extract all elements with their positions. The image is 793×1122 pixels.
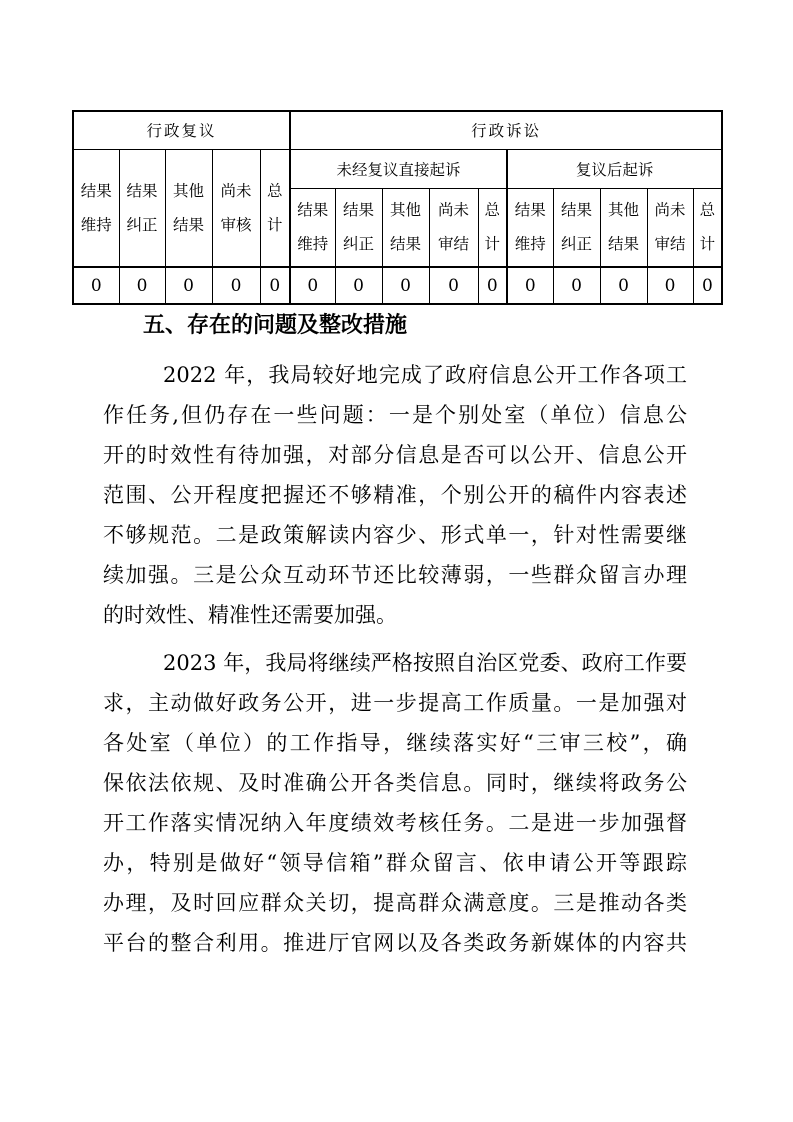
table-cell-value: 0 xyxy=(119,267,165,304)
text-line: 开的时效性有待加强，对部分信息是否可以公开、信息公开 xyxy=(103,435,687,475)
text-line: 开工作落实情况纳入年度绩效考核任务。二是进一步加强督 xyxy=(103,803,687,843)
text-line: 2023 年，我局将继续严格按照自治区党委、政府工作要 xyxy=(103,643,687,683)
text-line: 2022 年，我局较好地完成了政府信息公开工作各项工 xyxy=(103,355,687,395)
paragraph-2022-problems: 2022 年，我局较好地完成了政府信息公开工作各项工 作任务,但仍存在一些问题：… xyxy=(103,355,687,635)
table-header-administrative-litigation: 行政诉讼 xyxy=(290,111,722,149)
table-header-result-upheld: 结果 维持 xyxy=(290,188,335,267)
table-header-result-corrected: 结果 纠正 xyxy=(335,188,382,267)
text-line: 办理，及时回应群众关切，提高群众满意度。三是推动各类 xyxy=(103,883,687,923)
text-line: 求，主动做好政务公开，进一步提高工作质量。一是加强对 xyxy=(103,683,687,723)
table-header-other-result: 其他 结果 xyxy=(382,188,429,267)
paragraph-2023-measures: 2023 年，我局将继续严格按照自治区党委、政府工作要 求，主动做好政务公开，进… xyxy=(103,643,687,963)
table-cell-value: 0 xyxy=(647,267,693,304)
table-cell-value: 0 xyxy=(507,267,553,304)
table-header-total: 总 计 xyxy=(478,188,507,267)
text-line: 作任务,但仍存在一些问题：一是个别处室（单位）信息公 xyxy=(103,395,687,435)
table-header-administrative-review: 行政复议 xyxy=(73,111,290,149)
text-line: 的时效性、精准性还需要加强。 xyxy=(103,595,687,635)
text-line: 办，特别是做好“领导信箱”群众留言、依申请公开等跟踪 xyxy=(103,843,687,883)
table-cell-value: 0 xyxy=(693,267,722,304)
table-cell-value: 0 xyxy=(165,267,212,304)
table-cell-value: 0 xyxy=(429,267,478,304)
table-header-total: 总 计 xyxy=(693,188,722,267)
table-cell-value: 0 xyxy=(553,267,600,304)
text-line: 范围、公开程度把握还不够精准，个别公开的稿件内容表述 xyxy=(103,475,687,515)
text-line: 续加强。三是公众互动环节还比较薄弱，一些群众留言办理 xyxy=(103,555,687,595)
text-line: 各处室（单位）的工作指导，继续落实好“三审三校”，确 xyxy=(103,723,687,763)
table-cell-value: 0 xyxy=(212,267,260,304)
table-header-result-upheld: 结果 维持 xyxy=(507,188,553,267)
table-header-direct-lawsuit: 未经复议直接起诉 xyxy=(290,149,507,188)
table-header-result-corrected: 结果 纠正 xyxy=(119,149,165,267)
table-header-other-result: 其他 结果 xyxy=(165,149,212,267)
table-header-not-yet-concluded: 尚未 审结 xyxy=(647,188,693,267)
table-header-result-upheld: 结果 维持 xyxy=(73,149,119,267)
text-line: 不够规范。二是政策解读内容少、形式单一，针对性需要继 xyxy=(103,515,687,555)
table-cell-value: 0 xyxy=(260,267,290,304)
table-cell-value: 0 xyxy=(335,267,382,304)
table-cell-value: 0 xyxy=(478,267,507,304)
table-header-other-result: 其他 结果 xyxy=(600,188,647,267)
text-line: 平台的整合利用。推进厅官网以及各类政务新媒体的内容共 xyxy=(103,923,687,963)
table-header-result-corrected: 结果 纠正 xyxy=(553,188,600,267)
table-cell-value: 0 xyxy=(73,267,119,304)
table-header-not-yet-reviewed: 尚未 审核 xyxy=(212,149,260,267)
table-cell-value: 0 xyxy=(382,267,429,304)
section-heading: 五、存在的问题及整改措施 xyxy=(103,309,687,343)
document-body: 五、存在的问题及整改措施 2022 年，我局较好地完成了政府信息公开工作各项工 … xyxy=(103,309,687,963)
document-page: 行政复议 行政诉讼 结果 维持 结果 纠正 其他 结果 尚未 审核 总 计 未经… xyxy=(0,0,793,1122)
review-litigation-stats-table: 行政复议 行政诉讼 结果 维持 结果 纠正 其他 结果 尚未 审核 总 计 未经… xyxy=(72,110,723,305)
table-header-lawsuit-after-review: 复议后起诉 xyxy=(507,149,722,188)
table-header-not-yet-concluded: 尚未 审结 xyxy=(429,188,478,267)
table-cell-value: 0 xyxy=(600,267,647,304)
table-cell-value: 0 xyxy=(290,267,335,304)
table-header-total: 总 计 xyxy=(260,149,290,267)
text-line: 保依法依规、及时准确公开各类信息。同时，继续将政务公 xyxy=(103,763,687,803)
